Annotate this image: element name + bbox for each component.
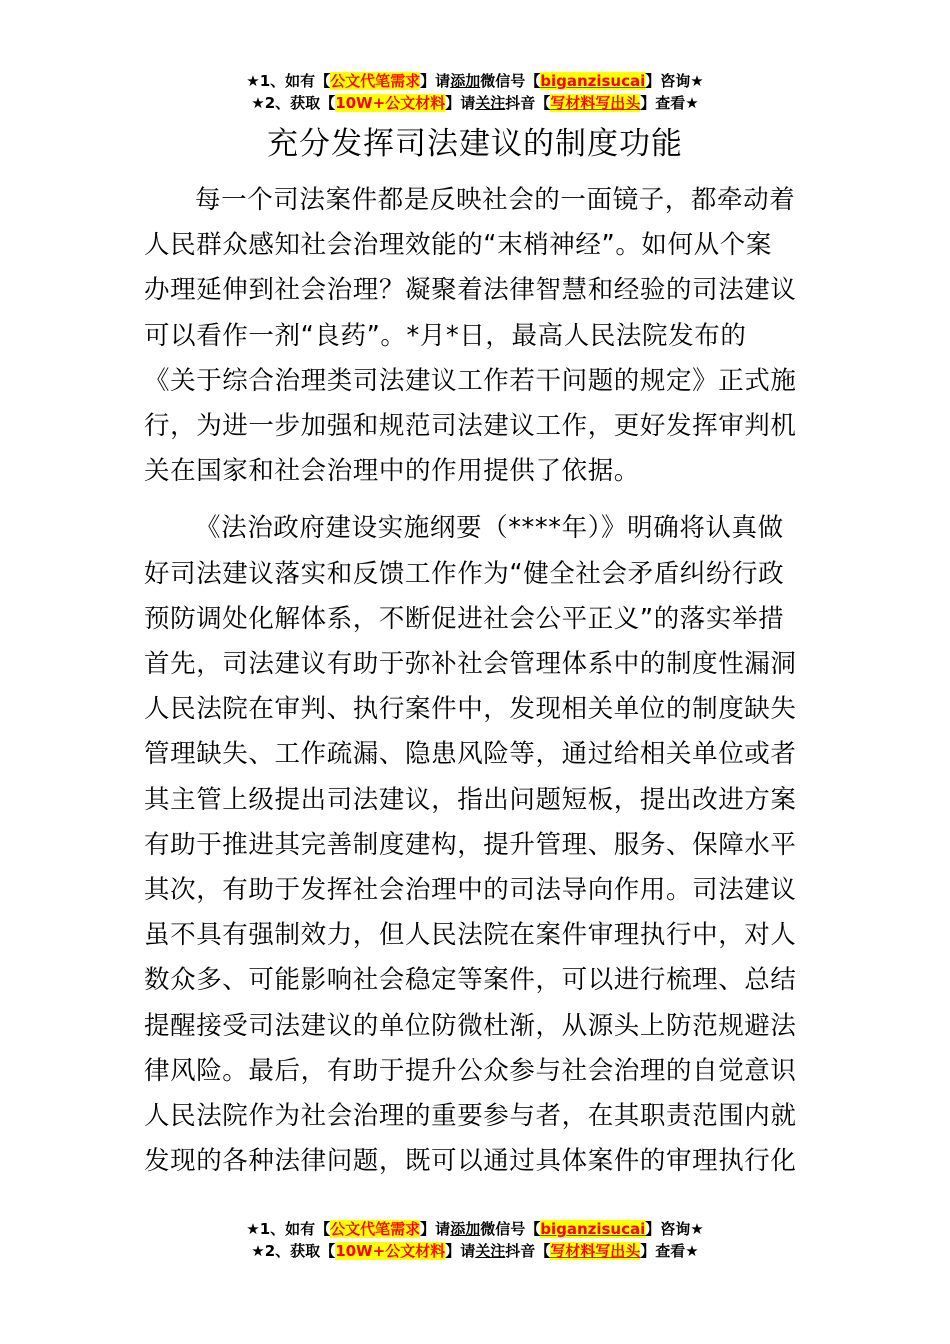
text-line: 人民群众感知社会治理效能的“末梢神经”。如何从个案 — [144, 223, 808, 268]
promo-douyin-id: 写材料写出头 — [550, 1242, 640, 1260]
text-line: 预防调处化解体系，不断促进社会公平正义”的落实举措 — [144, 597, 808, 642]
promo-text: 微信号【 — [480, 1220, 540, 1238]
promo-line-1: ★1、如有【公文代笔需求】请添加微信号【biganzisucai】咨询★ — [0, 70, 950, 92]
promo-highlight-materials: 10W+公文材料 — [335, 1242, 445, 1260]
text-line: 其主管上级提出司法建议，指出问题短板，提出改进方案 — [144, 778, 808, 823]
document-title: 充分发挥司法建议的制度功能 — [0, 122, 950, 166]
promo-text: 】咨询★ — [645, 72, 703, 90]
promo-text: 】请 — [445, 1242, 475, 1260]
promo-highlight-service: 公文代笔需求 — [330, 1220, 420, 1238]
promo-banner-bottom: ★1、如有【公文代笔需求】请添加微信号【biganzisucai】咨询★ ★2、… — [0, 1218, 950, 1262]
text-line: 人民法院在审判、执行案件中，发现相关单位的制度缺失 — [144, 687, 808, 732]
text-line: 其次，有助于发挥社会治理中的司法导向作用。司法建议 — [144, 868, 808, 913]
text-line: 提醒接受司法建议的单位防微杜渐，从源头上防范规避法 — [144, 1004, 808, 1049]
promo-banner-top: ★1、如有【公文代笔需求】请添加微信号【biganzisucai】咨询★ ★2、… — [0, 70, 950, 114]
promo-line-1: ★1、如有【公文代笔需求】请添加微信号【biganzisucai】咨询★ — [0, 1218, 950, 1240]
promo-highlight-service: 公文代笔需求 — [330, 72, 420, 90]
text-line: 好司法建议落实和反馈工作作为“健全社会矛盾纠纷行政 — [144, 552, 808, 597]
promo-text: ★1、如有【 — [246, 72, 330, 90]
promo-text: 微信号【 — [480, 72, 540, 90]
paragraph-2: 《法治政府建设实施纲要（****年）》明确将认真做 好司法建议落实和反馈工作作为… — [144, 506, 808, 1184]
text-line: 行，为进一步加强和规范司法建议工作，更好发挥审判机 — [144, 404, 808, 449]
promo-text: 抖音【 — [505, 1242, 550, 1260]
promo-line-2: ★2、获取【10W+公文材料】请关注抖音【写材料写出头】查看★ — [0, 92, 950, 114]
document-body: 每一个司法案件都是反映社会的一面镜子，都牵动着 人民群众感知社会治理效能的“末梢… — [144, 178, 808, 1184]
promo-text: 】请 — [420, 1220, 450, 1238]
promo-line-2: ★2、获取【10W+公文材料】请关注抖音【写材料写出头】查看★ — [0, 1240, 950, 1262]
promo-text: 】请 — [420, 72, 450, 90]
text-line: 管理缺失、工作疏漏、隐患风险等，通过给相关单位或者 — [144, 732, 808, 777]
text-line: 虽不具有强制效力，但人民法院在案件审理执行中，对人 — [144, 913, 808, 958]
text-line: 律风险。最后，有助于提升公众参与社会治理的自觉意识 — [144, 1049, 808, 1094]
paragraph-1: 每一个司法案件都是反映社会的一面镜子，都牵动着 人民群众感知社会治理效能的“末梢… — [144, 178, 808, 494]
promo-underline-follow: 关注 — [475, 1242, 505, 1260]
promo-text: 】查看★ — [640, 94, 698, 112]
text-line: 办理延伸到社会治理？凝聚着法律智慧和经验的司法建议 — [144, 268, 808, 313]
promo-underline-follow: 关注 — [475, 94, 505, 112]
promo-douyin-id: 写材料写出头 — [550, 94, 640, 112]
text-line: 《法治政府建设实施纲要（****年）》明确将认真做 — [144, 506, 808, 551]
promo-text: ★2、获取【 — [251, 94, 335, 112]
promo-text: ★2、获取【 — [251, 1242, 335, 1260]
promo-underline-add: 添加 — [450, 72, 480, 90]
promo-text: 】查看★ — [640, 1242, 698, 1260]
text-line: 首先，司法建议有助于弥补社会管理体系中的制度性漏洞 — [144, 642, 808, 687]
promo-underline-add: 添加 — [450, 1220, 480, 1238]
promo-wechat-id: biganzisucai — [540, 72, 645, 90]
text-line: 人民法院作为社会治理的重要参与者，在其职责范围内就 — [144, 1094, 808, 1139]
text-line: 《关于综合治理类司法建议工作若干问题的规定》正式施 — [144, 359, 808, 404]
text-line: 数众多、可能影响社会稳定等案件，可以进行梳理、总结 — [144, 958, 808, 1003]
promo-text: 】咨询★ — [645, 1220, 703, 1238]
promo-text: ★1、如有【 — [246, 1220, 330, 1238]
text-line: 有助于推进其完善制度建构，提升管理、服务、保障水平 — [144, 823, 808, 868]
promo-highlight-materials: 10W+公文材料 — [335, 94, 445, 112]
text-line: 关在国家和社会治理中的作用提供了依据。 — [144, 449, 808, 494]
text-line: 每一个司法案件都是反映社会的一面镜子，都牵动着 — [144, 178, 808, 223]
promo-text: 抖音【 — [505, 94, 550, 112]
paragraph-spacer — [144, 494, 808, 506]
text-line: 可以看作一剂“良药”。*月*日，最高人民法院发布的 — [144, 314, 808, 359]
promo-wechat-id: biganzisucai — [540, 1220, 645, 1238]
text-line: 发现的各种法律问题，既可以通过具体案件的审理执行化 — [144, 1139, 808, 1184]
promo-text: 】请 — [445, 94, 475, 112]
